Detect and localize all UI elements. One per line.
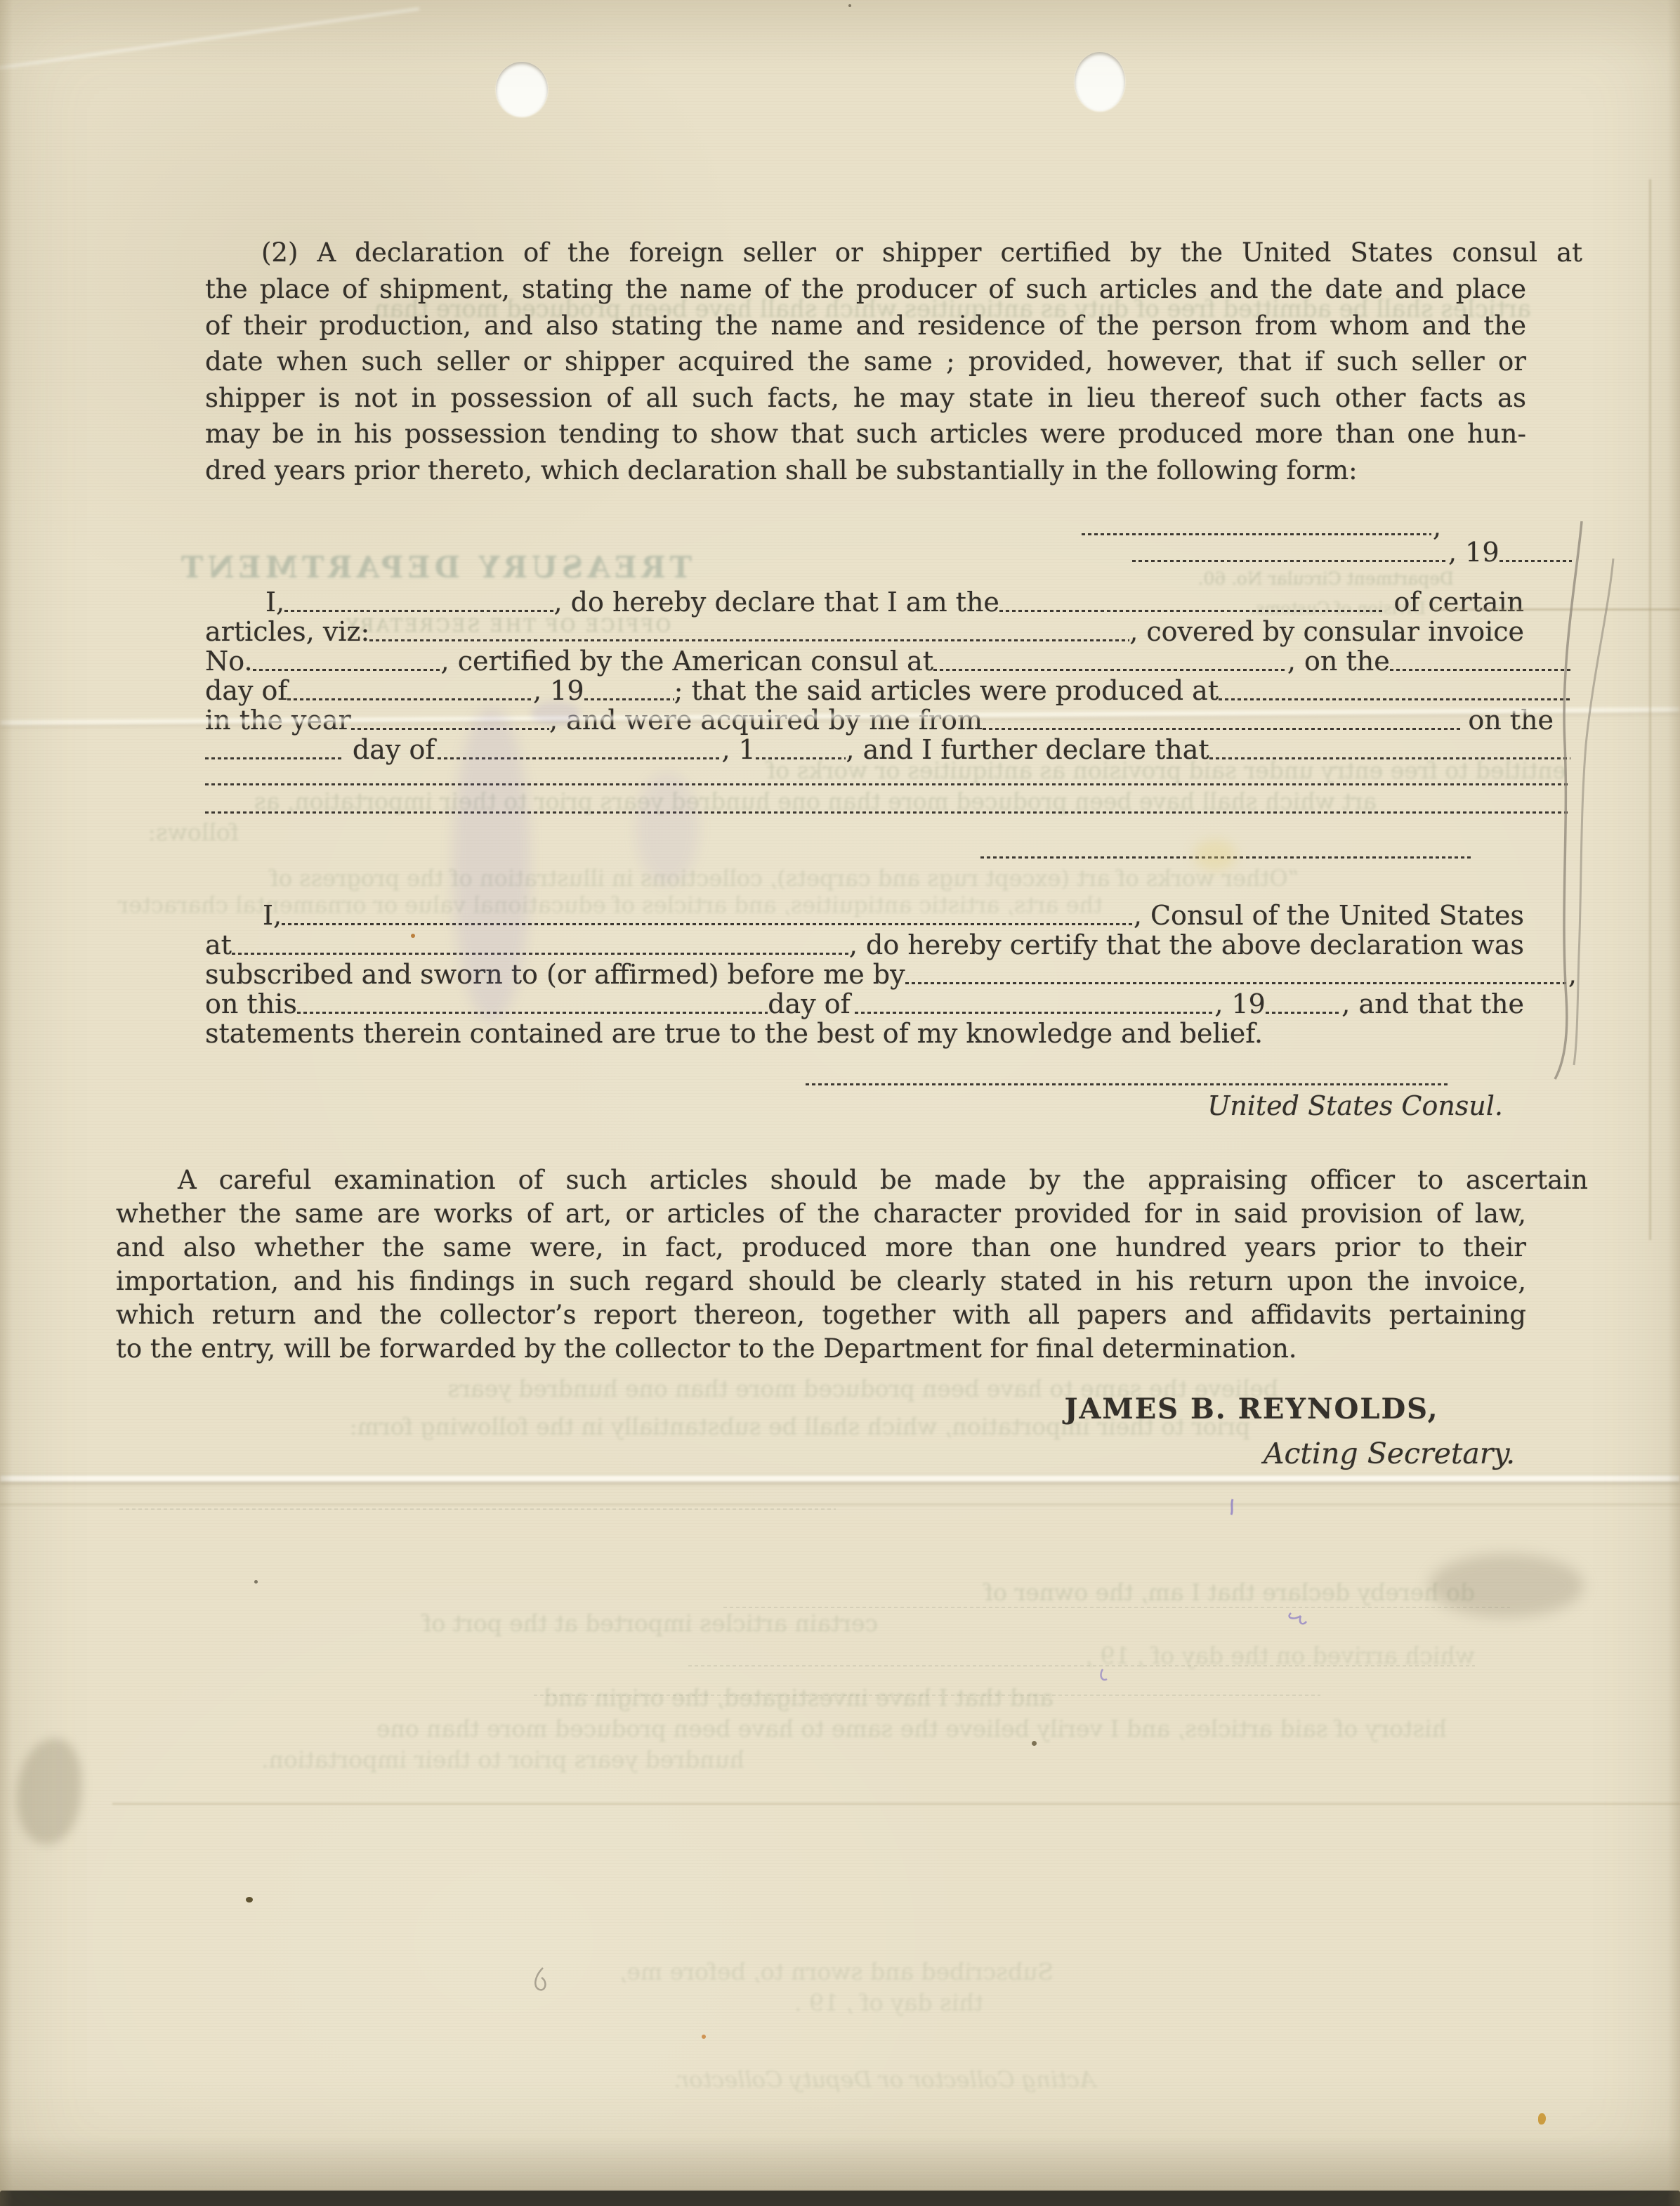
violet-smudge — [636, 773, 699, 885]
instruction-line-3: and also whether the same were, in fact,… — [116, 1232, 1526, 1264]
paragraph-2-line-5: shipper is not in possession of all such… — [205, 382, 1526, 415]
ghost-rule — [534, 1695, 1320, 1696]
sworn-month-blank — [855, 1012, 1215, 1014]
ghost-declaration-line-5: history of said articles, and I verily b… — [112, 1715, 1447, 1742]
month-blank — [287, 698, 533, 700]
acquired-day-blank — [205, 757, 343, 759]
production-year-blank — [351, 728, 549, 730]
dark-speck — [848, 4, 851, 7]
bottom-scan-edge — [0, 2191, 1680, 2206]
year-blank-dots — [1499, 560, 1572, 562]
lower-fold-crease — [0, 1475, 1680, 1482]
violet-pen-tick-1 — [1231, 1499, 1233, 1515]
consulate-place-blank — [232, 953, 849, 955]
dark-speck — [246, 1897, 253, 1902]
left-edge-shadow — [0, 0, 13, 2206]
bottom-edge-shadow — [0, 2136, 1680, 2192]
lower-fold-shadow — [0, 1503, 1680, 1506]
consul-signature-line — [806, 1083, 1450, 1085]
day-blank — [1390, 669, 1570, 671]
production-place-blank — [1219, 698, 1570, 700]
ghost-declaration-line-6: hundred years prior to their importation… — [112, 1746, 744, 1773]
ghost-rule — [119, 1508, 836, 1510]
scanned-document-page: articles shall be admitted free of duty … — [0, 0, 1680, 2206]
invoice-number-blank — [253, 669, 441, 671]
acquired-year-blank — [756, 757, 846, 759]
amber-speck — [1538, 2113, 1546, 2125]
secretary-title: Acting Secretary. — [1263, 1437, 1516, 1470]
year-digits-blank — [584, 698, 674, 700]
sworn-year-blank — [1266, 1012, 1341, 1014]
rust-speck — [411, 934, 415, 938]
place-blank-line — [1082, 533, 1431, 535]
ghost-declaration-line-4: and that I have investigated, the origin… — [112, 1684, 1054, 1711]
consul-name-blank — [282, 923, 1134, 925]
ghost-treasury-department: TREASURY DEPARTMENT — [341, 550, 692, 585]
paragraph-2-line-7: dred years prior thereto, which declarat… — [205, 455, 1526, 487]
date-blank-line: , 19 — [1132, 537, 1572, 568]
capacity-blank — [999, 610, 1386, 612]
punch-hole-right — [1075, 52, 1125, 111]
ghost-department-circular: Department Circular No. 60. — [1243, 568, 1454, 589]
declaration-line-4: day of , 19 ; that the said articles wer… — [205, 675, 1570, 706]
declaration-line-2: articles, viz: , covered by consular inv… — [205, 616, 1524, 647]
further-declaration-rule-1 — [205, 783, 1570, 785]
dark-speck — [1032, 1741, 1037, 1746]
acquired-from-blank — [983, 728, 1461, 730]
sworn-by-blank — [905, 982, 1568, 984]
smudge-stain — [17, 1739, 81, 1844]
further-declaration-blank — [1209, 757, 1570, 759]
consul-line-4: on this day of , 19 , and that the — [205, 988, 1524, 1019]
yellow-stain — [1194, 840, 1236, 870]
paragraph-2-line-6: may be in his possession tending to show… — [205, 418, 1526, 450]
paragraph-2-line-4: date when such seller or shipper acquire… — [205, 346, 1526, 378]
paragraph-2-line-2: the place of shipment, stating the name … — [205, 273, 1526, 306]
consul-location-blank — [933, 669, 1287, 671]
violet-smudge — [531, 701, 580, 725]
instruction-line-2: whether the same are works of art, or ar… — [116, 1198, 1526, 1230]
consul-line-2: at , do hereby certify that the above de… — [205, 929, 1524, 960]
ghost-mid-line-3: follows: — [119, 818, 239, 846]
instruction-line-5: which return and the collector’s report … — [116, 1299, 1526, 1331]
vertical-edge-crease — [1649, 179, 1651, 1240]
ghost-declaration-line-1: do hereby declare that I am, the owner o… — [435, 1579, 1475, 1606]
consul-line-1: I, , Consul of the United States — [205, 900, 1524, 931]
ghost-jurat-line-2: this day of , 19 . — [435, 1989, 983, 2016]
ghost-rule — [723, 1607, 1510, 1608]
consul-line-3: subscribed and sworn to (or affirmed) be… — [205, 959, 1577, 990]
dark-speck — [254, 1580, 258, 1584]
secretary-name: JAMES B. REYNOLDS, — [1044, 1393, 1459, 1425]
pencil-margin-line-1 — [1555, 521, 1582, 1079]
violet-smudge — [453, 706, 530, 1022]
declarant-name-blank — [284, 610, 553, 612]
ghost-rule — [688, 1665, 1475, 1666]
rust-speck — [702, 2035, 706, 2039]
faint-crease — [112, 1803, 1680, 1805]
declaration-line-1: I, , do hereby declare that I am the of … — [205, 587, 1524, 618]
corner-bend-crease — [0, 7, 419, 72]
declaration-line-5: in the year , and were acquired by me fr… — [205, 705, 1554, 736]
ghost-collector-signature-line: Acting Collector or Deputy Collector. — [393, 2066, 1096, 2093]
ghost-jurat-line-1: Subscribed and sworn to, before me, — [435, 1958, 1054, 1985]
date-blank-dots — [1132, 560, 1448, 562]
ghost-declaration-line-2: certain articles imported at the port of — [112, 1610, 878, 1637]
punch-hole-left — [496, 62, 548, 117]
articles-blank — [369, 639, 1129, 641]
violet-pen-tick-2 — [1289, 1613, 1306, 1624]
instruction-line-6: to the entry, will be forwarded by the c… — [116, 1333, 1526, 1365]
pencil-margin-line-2 — [1574, 559, 1613, 1065]
sworn-day-blank — [297, 1012, 768, 1014]
instruction-line-4: importation, and his findings in such re… — [116, 1265, 1526, 1298]
consul-line-5: statements therein contained are true to… — [205, 1018, 1524, 1049]
declaration-line-6: day of , 1 , and I further declare that — [205, 734, 1570, 765]
smudge-stain — [1429, 1554, 1584, 1617]
violet-pen-tick-3 — [1101, 1669, 1107, 1680]
declaration-line-3: No. , certified by the American consul a… — [205, 646, 1570, 677]
right-edge-shadow — [1667, 0, 1680, 2206]
consul-signature-label: United States Consul. — [1193, 1090, 1503, 1122]
further-declaration-rule-2 — [205, 811, 1570, 814]
paragraph-2-line-3: of their production, and also stating th… — [205, 310, 1526, 342]
paragraph-2-line-1: (2) A declaration of the foreign seller … — [205, 237, 1582, 269]
instruction-line-1: A careful examination of such articles s… — [116, 1164, 1588, 1196]
